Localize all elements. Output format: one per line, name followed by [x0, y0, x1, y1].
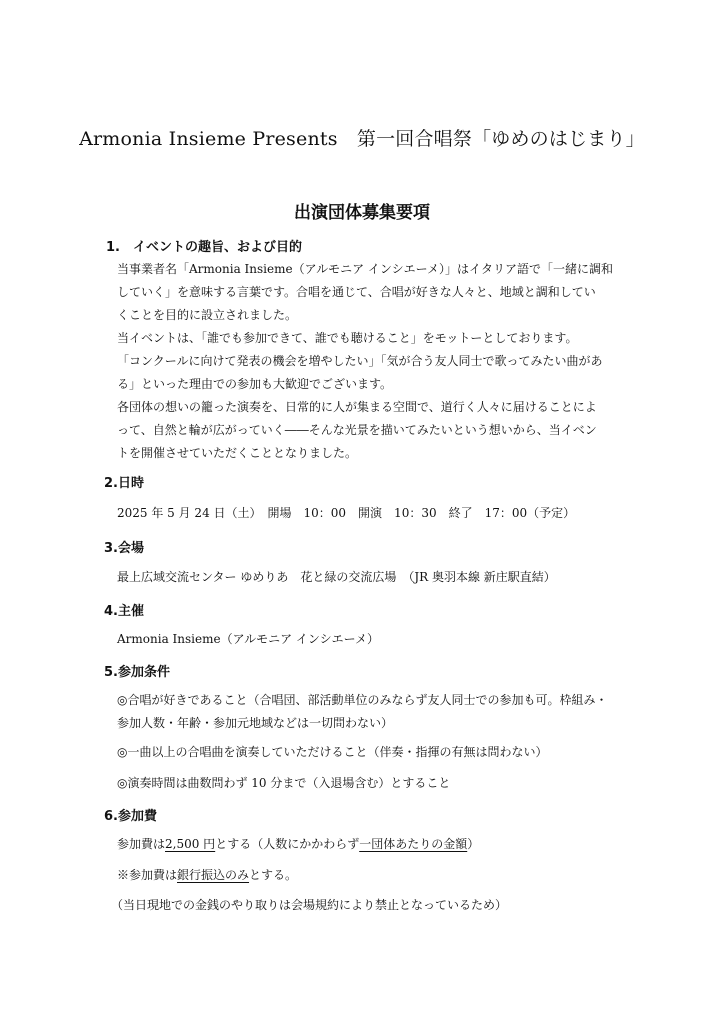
paragraph-line: 当事業者名「Armonia Insieme（アルモニア インシエーメ）」はイタリ… [117, 258, 617, 281]
paragraph-line: 「コンクールに向けて発表の機会を増やしたい」「気が合う友人同士で歌ってみたい曲が… [117, 350, 617, 373]
condition-item: ◎演奏時間は曲数問わず 10 分まで（入退場含む）とすること [117, 772, 617, 795]
event-organizer: Armonia Insieme（アルモニア インシエーメ） [117, 628, 617, 651]
fee-prefix: 参加費は [117, 837, 165, 851]
section-heading-datetime: 2.日時 [104, 472, 144, 491]
condition-item: ◎合唱が好きであること（合唱団、部活動単位のみならず友人同士での参加も可。枠組み… [117, 689, 617, 712]
fee-amount: 2,500 円 [165, 837, 215, 851]
event-datetime: 2025 年 5 月 24 日（土） 開場 10：00 開演 10：30 終了 … [117, 502, 617, 525]
payment-method: 銀行振込のみ [177, 868, 249, 882]
payment-note: ※参加費は銀行振込のみとする。 [117, 864, 617, 887]
paragraph-line: トを開催させていただくこととなりました。 [117, 442, 617, 465]
event-venue: 最上広域交流センター ゆめりあ 花と緑の交流広場 （JR 奥羽本線 新庄駅直結） [117, 566, 617, 589]
condition-item-continued: 参加人数・年齢・参加元地域などは一切問わない） [117, 712, 617, 735]
paragraph-line: って、自然と輪が広がっていく――そんな光景を描いてみたいという想いから、当イベン [117, 419, 617, 442]
section-heading-organizer: 4.主催 [104, 600, 144, 619]
condition-item: ◎一曲以上の合唱曲を演奏していただけること（伴奏・指揮の有無は問わない） [117, 741, 617, 764]
paragraph-line: くことを目的に設立されました。 [117, 304, 617, 327]
note-prefix: ※参加費は [117, 868, 177, 882]
section-heading-venue: 3.会場 [104, 537, 144, 556]
section-heading-purpose: 1. イベントの趣旨、および目的 [106, 236, 302, 255]
payment-reason: （当日現地での金銭のやり取りは会場規約により禁止となっているため） [111, 894, 611, 917]
note-suffix: とする。 [249, 868, 297, 882]
fee-mid: とする（人数にかかわらず [215, 837, 359, 851]
section-heading-fee: 6.参加費 [104, 805, 157, 824]
section-body-purpose: 当事業者名「Armonia Insieme（アルモニア インシエーメ）」はイタリ… [117, 258, 617, 465]
document-page: Armonia Insieme Presents 第一回合唱祭「ゆめのはじまり」… [0, 0, 724, 1024]
document-title: Armonia Insieme Presents 第一回合唱祭「ゆめのはじまり」 [0, 124, 724, 151]
section-heading-conditions: 5.参加条件 [104, 661, 170, 680]
paragraph-line: 各団体の想いの籠った演奏を、日常的に人が集まる空間で、道行く人々に届けることによ [117, 396, 617, 419]
paragraph-line: していく」を意味する言葉です。合唱を通じて、合唱が好きな人々と、地域と調和してい [117, 281, 617, 304]
document-subtitle: 出演団体募集要項 [0, 198, 724, 223]
paragraph-line: 当イベントは、「誰でも参加できて、誰でも聴けること」をモットーとしております。 [117, 327, 617, 350]
fee-suffix: ） [467, 837, 479, 851]
fee-line: 参加費は2,500 円とする（人数にかかわらず一団体あたりの金額） [117, 833, 617, 856]
fee-unit: 一団体あたりの金額 [359, 837, 467, 851]
paragraph-line: る」といった理由での参加も大歓迎でございます。 [117, 373, 617, 396]
